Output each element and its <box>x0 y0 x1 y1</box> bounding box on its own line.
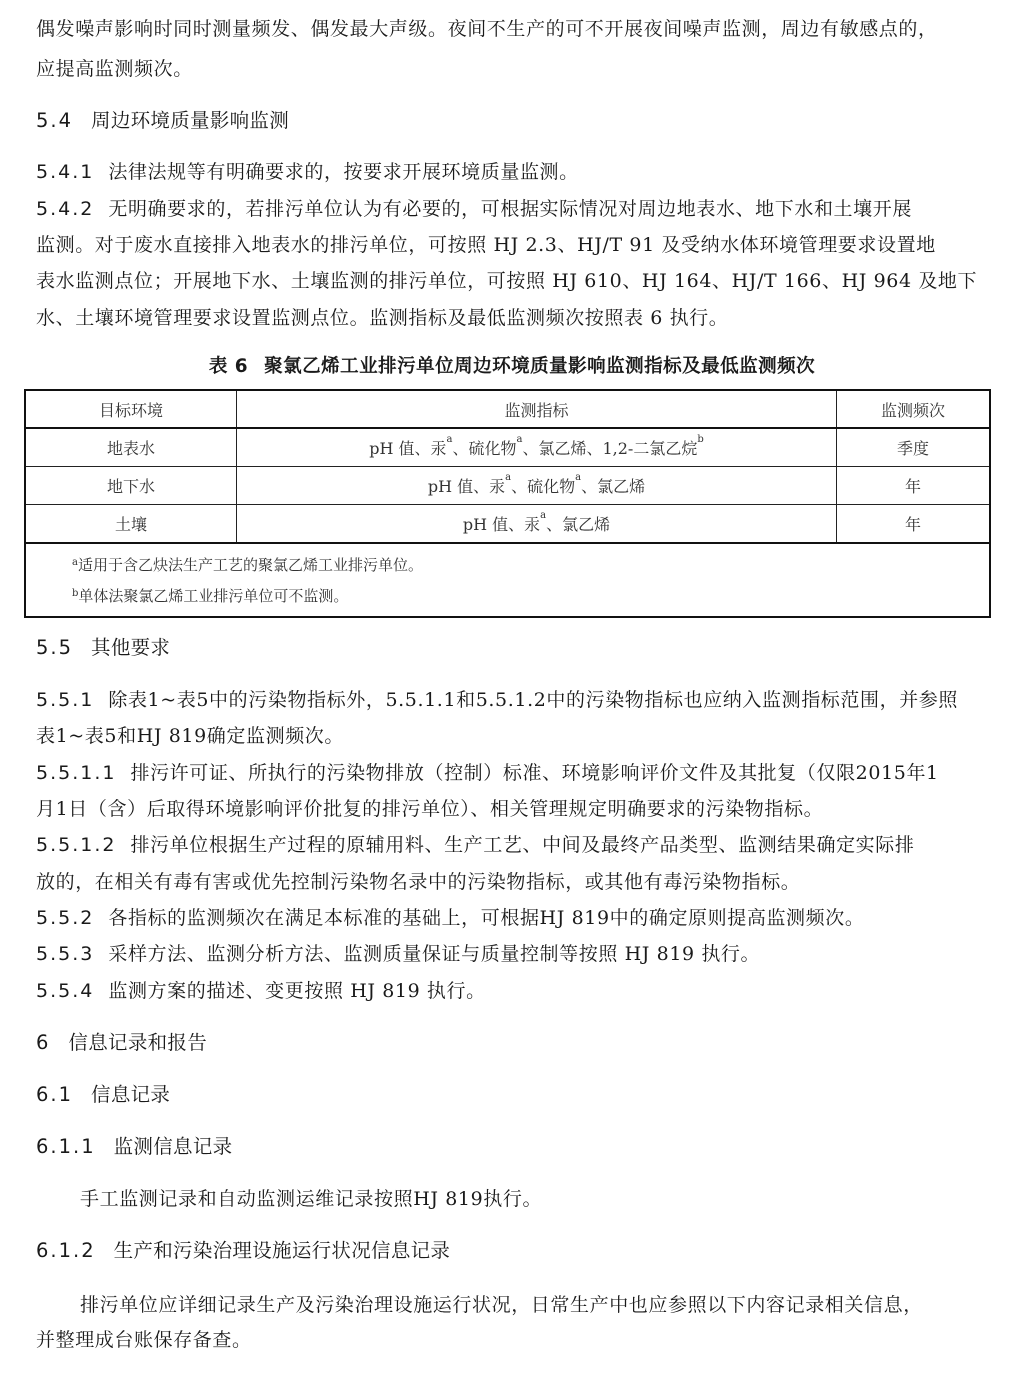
indicator-text: 、硫化物 <box>453 439 517 458</box>
clause-5-4-2: 5.4.2无明确要求的，若排污单位认为有必要的，可根据实际情况对周边地表水、地下… <box>36 197 912 221</box>
header-target-environment: 目标环境 <box>25 390 237 428</box>
footnote-mark: a <box>447 434 453 445</box>
clause-text: 各指标的监测频次在满足本标准的基础上，可根据HJ 819中的确定原则提高监测频次… <box>108 907 864 929</box>
table-number: 表 6 <box>209 356 248 377</box>
clause-5-5-3: 5.5.3采样方法、监测分析方法、监测质量保证与质量控制等按照 HJ 819 执… <box>36 942 760 966</box>
paragraph-line: 表1~表5和HJ 819确定监测频次。 <box>36 724 344 748</box>
section-heading-6-1-1: 6.1.1监测信息记录 <box>36 1135 232 1159</box>
paragraph-line: 排污单位应详细记录生产及污染治理设施运行状况，日常生产中也应参照以下内容记录相关… <box>80 1293 923 1317</box>
cell-indicators: pH 值、汞a、氯乙烯 <box>237 505 837 544</box>
table-notes-row: a适用于含乙炔法生产工艺的聚氯乙烯工业排污单位。 b单体法聚氯乙烯工业排污单位可… <box>25 543 990 617</box>
clause-5-5-1-1: 5.5.1.1排污许可证、所执行的污染物排放（控制）标准、环境影响评价文件及其批… <box>36 761 939 785</box>
section-heading-5-5: 5.5其他要求 <box>36 636 170 660</box>
paragraph-line: 监测。对于废水直接排入地表水的排污单位，可按照 HJ 2.3、HJ/T 91 及… <box>36 233 936 257</box>
paragraph-line: 应提高监测频次。 <box>36 57 193 81</box>
note-text: 单体法聚氯乙烯工业排污单位可不监测。 <box>78 587 348 605</box>
indicator-text: 、硫化物 <box>511 477 575 496</box>
indicator-text: 、氯乙烯、1,2-二氯乙烷 <box>522 439 697 458</box>
section-title: 其他要求 <box>91 636 170 659</box>
clause-text: 排污许可证、所执行的污染物排放（控制）标准、环境影响评价文件及其批复（仅限201… <box>130 762 938 784</box>
cell-environment: 地下水 <box>25 467 237 505</box>
table-notes: a适用于含乙炔法生产工艺的聚氯乙烯工业排污单位。 b单体法聚氯乙烯工业排污单位可… <box>25 543 990 617</box>
clause-text: 除表1~表5中的污染物指标外，5.5.1.1和5.5.1.2中的污染物指标也应纳… <box>108 689 958 711</box>
clause-text: 采样方法、监测分析方法、监测质量保证与质量控制等按照 HJ 819 执行。 <box>108 943 760 965</box>
section-heading-6-1-2: 6.1.2生产和污染治理设施运行状况信息记录 <box>36 1239 450 1263</box>
indicator-text: pH 值、汞 <box>463 515 540 534</box>
clause-text: 法律法规等有明确要求的，按要求开展环境质量监测。 <box>108 161 578 183</box>
section-number: 6.1.2 <box>36 1239 96 1263</box>
table-title: 聚氯乙烯工业排污单位周边环境质量影响监测指标及最低监测频次 <box>264 356 815 377</box>
clause-5-4-1: 5.4.1法律法规等有明确要求的，按要求开展环境质量监测。 <box>36 160 579 184</box>
section-heading-6: 6信息记录和报告 <box>36 1031 207 1055</box>
document-page: 偶发噪声影响时同时测量频发、偶发最大声级。夜间不生产的可不开展夜间噪声监测，周边… <box>0 0 1024 1382</box>
section-title: 信息记录 <box>91 1083 170 1106</box>
clause-text: 监测方案的描述、变更按照 HJ 819 执行。 <box>108 980 485 1002</box>
cell-environment: 土壤 <box>25 505 237 544</box>
header-frequency: 监测频次 <box>837 390 991 428</box>
table-note: b单体法聚氯乙烯工业排污单位可不监测。 <box>72 581 989 612</box>
header-indicators: 监测指标 <box>237 390 837 428</box>
cell-frequency: 季度 <box>837 428 991 467</box>
table-row: 地表水 pH 值、汞a、硫化物a、氯乙烯、1,2-二氯乙烷b 季度 <box>25 428 990 467</box>
section-number: 6 <box>36 1031 50 1055</box>
clause-5-5-2: 5.5.2各指标的监测频次在满足本标准的基础上，可根据HJ 819中的确定原则提… <box>36 906 864 930</box>
clause-number: 5.5.4 <box>36 979 94 1003</box>
paragraph-line: 水、土壤环境管理要求设置监测点位。监测指标及最低监测频次按照表 6 执行。 <box>36 306 728 330</box>
cell-frequency: 年 <box>837 505 991 544</box>
clause-text: 排污单位根据生产过程的原辅用料、生产工艺、中间及最终产品类型、监测结果确定实际排 <box>130 834 914 856</box>
section-title: 周边环境质量影响监测 <box>91 109 289 132</box>
footnote-mark: a <box>72 557 78 568</box>
section-title: 监测信息记录 <box>114 1135 233 1158</box>
clause-number: 5.5.1.1 <box>36 761 116 785</box>
section-number: 6.1.1 <box>36 1135 96 1159</box>
cell-frequency: 年 <box>837 467 991 505</box>
section-number: 6.1 <box>36 1083 73 1107</box>
clause-number: 5.5.1 <box>36 688 94 712</box>
clause-number: 5.5.3 <box>36 942 94 966</box>
clause-5-5-1: 5.5.1除表1~表5中的污染物指标外，5.5.1.1和5.5.1.2中的污染物… <box>36 688 958 712</box>
paragraph-line: 放的，在相关有毒有害或优先控制污染物名录中的污染物指标，或其他有毒污染物指标。 <box>36 870 800 894</box>
footnote-mark: b <box>697 434 703 445</box>
table-row: 土壤 pH 值、汞a、氯乙烯 年 <box>25 505 990 544</box>
clause-5-5-1-2: 5.5.1.2排污单位根据生产过程的原辅用料、生产工艺、中间及最终产品类型、监测… <box>36 833 915 857</box>
paragraph-line: 偶发噪声影响时同时测量频发、偶发最大声级。夜间不生产的可不开展夜间噪声监测，周边… <box>36 17 938 41</box>
clause-number: 5.5.2 <box>36 906 94 930</box>
clause-number: 5.4.2 <box>36 197 94 221</box>
paragraph-line: 手工监测记录和自动监测运维记录按照HJ 819执行。 <box>80 1187 542 1211</box>
section-number: 5.4 <box>36 109 73 133</box>
clause-text: 无明确要求的，若排污单位认为有必要的，可根据实际情况对周边地表水、地下水和土壤开… <box>108 198 912 220</box>
indicator-text: pH 值、汞 <box>369 439 446 458</box>
paragraph-line: 月1日（含）后取得环境影响评价批复的排污单位）、相关管理规定明确要求的污染物指标… <box>36 797 823 821</box>
table-6: 目标环境 监测指标 监测频次 地表水 pH 值、汞a、硫化物a、氯乙烯、1,2-… <box>24 389 991 618</box>
table-row: 地下水 pH 值、汞a、硫化物a、氯乙烯 年 <box>25 467 990 505</box>
footnote-mark: b <box>72 588 78 599</box>
paragraph-line: 表水监测点位；开展地下水、土壤监测的排污单位，可按照 HJ 610、HJ 164… <box>36 269 977 293</box>
section-title: 信息记录和报告 <box>68 1031 207 1054</box>
section-heading-6-1: 6.1信息记录 <box>36 1083 170 1107</box>
cell-indicators: pH 值、汞a、硫化物a、氯乙烯、1,2-二氯乙烷b <box>237 428 837 467</box>
cell-environment: 地表水 <box>25 428 237 467</box>
paragraph-line: 并整理成台账保存备查。 <box>36 1328 252 1352</box>
clause-number: 5.4.1 <box>36 160 94 184</box>
clause-number: 5.5.1.2 <box>36 833 116 857</box>
footnote-mark: a <box>505 472 511 483</box>
indicator-text: 、氯乙烯 <box>546 515 610 534</box>
footnote-mark: a <box>540 510 546 521</box>
table-note: a适用于含乙炔法生产工艺的聚氯乙烯工业排污单位。 <box>72 550 989 581</box>
note-text: 适用于含乙炔法生产工艺的聚氯乙烯工业排污单位。 <box>78 556 423 574</box>
footnote-mark: a <box>517 434 523 445</box>
indicator-text: pH 值、汞 <box>428 477 505 496</box>
cell-indicators: pH 值、汞a、硫化物a、氯乙烯 <box>237 467 837 505</box>
section-heading-5-4: 5.4周边环境质量影响监测 <box>36 109 289 133</box>
section-number: 5.5 <box>36 636 73 660</box>
clause-5-5-4: 5.5.4监测方案的描述、变更按照 HJ 819 执行。 <box>36 979 486 1003</box>
table-header-row: 目标环境 监测指标 监测频次 <box>25 390 990 428</box>
indicator-text: 、氯乙烯 <box>581 477 645 496</box>
table-caption: 表 6聚氯乙烯工业排污单位周边环境质量影响监测指标及最低监测频次 <box>0 355 1024 379</box>
section-title: 生产和污染治理设施运行状况信息记录 <box>114 1239 451 1262</box>
footnote-mark: a <box>575 472 581 483</box>
